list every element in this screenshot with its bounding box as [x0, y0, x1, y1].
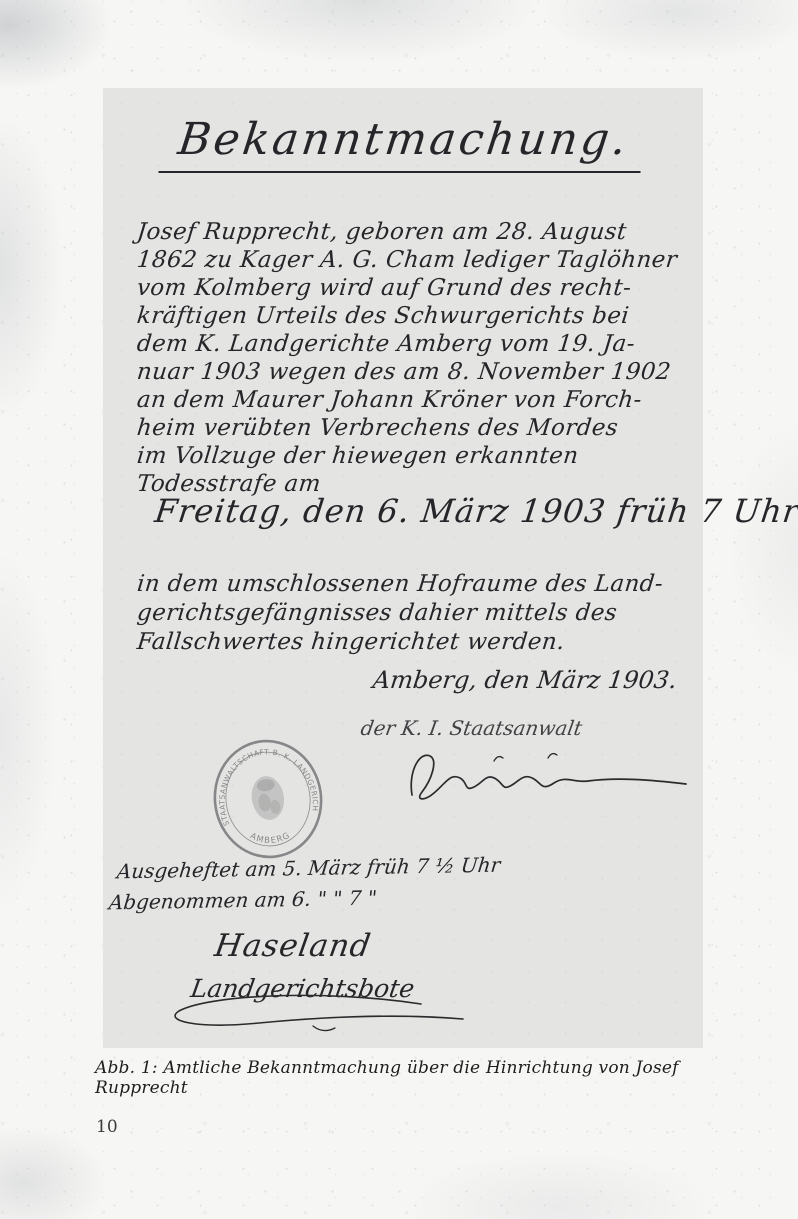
closing-line: gerichtsgefängnisses dahier mittels des	[135, 599, 664, 628]
closing-line: in dem umschlossenen Hofraume des Land-	[135, 570, 664, 599]
body-line: vom Kolmberg wird auf Grund des recht-	[136, 274, 679, 302]
body-line: heim verübten Verbrechens des Mordes	[136, 414, 679, 442]
body-line: nuar 1903 wegen des am 8. November 1902	[136, 358, 679, 386]
messenger-signature: Haseland	[212, 928, 374, 964]
document-closing-paragraph: in dem umschlossenen Hofraume des Land- …	[137, 570, 663, 657]
document-title-text: Bekanntmachung.	[158, 114, 648, 173]
court-seal-stamp-icon: STAATSANWALTSCHAFT B. K. LANDGERICHTE AM…	[199, 727, 337, 870]
signer-role-line: der K. I. Staatsanwalt	[359, 716, 584, 740]
document-body-paragraph: Josef Rupprecht, geboren am 28. August 1…	[137, 218, 677, 498]
body-line: an dem Maurer Johann Kröner von Forch-	[136, 386, 679, 414]
place-date-line: Amberg, den März 1903.	[372, 666, 679, 694]
svg-text:AMBERG: AMBERG	[247, 825, 292, 849]
posting-note: Ausgeheftet am 5. März früh 7 ½ Uhr	[116, 853, 502, 884]
scanned-document: Bekanntmachung. Josef Rupprecht, geboren…	[103, 88, 703, 1048]
signature-flourish-icon	[163, 994, 493, 1036]
closing-line: Fallschwertes hingerichtet werden.	[135, 628, 664, 657]
stamp-bottom-text: AMBERG	[247, 825, 292, 849]
body-line: kräftigen Urteils des Schwurgerichts bei	[136, 302, 679, 330]
figure-caption: Abb. 1: Amtliche Bekanntmachung über die…	[95, 1058, 735, 1098]
body-line: dem K. Landgerichte Amberg vom 19. Ja-	[136, 330, 679, 358]
document-title: Bekanntmachung.	[103, 114, 703, 173]
execution-date-line: Freitag, den 6. März 1903 früh 7 Uhr	[153, 492, 798, 530]
page-number: 10	[96, 1117, 118, 1137]
body-line: Josef Rupprecht, geboren am 28. August	[136, 218, 679, 246]
prosecutor-signature-icon	[398, 743, 698, 818]
body-line: 1862 zu Kager A. G. Cham lediger Taglöhn…	[136, 246, 679, 274]
book-page: Bekanntmachung. Josef Rupprecht, geboren…	[0, 0, 798, 1219]
removal-note: Abgenommen am 6. " " 7 "	[108, 886, 378, 915]
body-line: im Vollzuge der hiewegen erkannten	[136, 442, 679, 470]
